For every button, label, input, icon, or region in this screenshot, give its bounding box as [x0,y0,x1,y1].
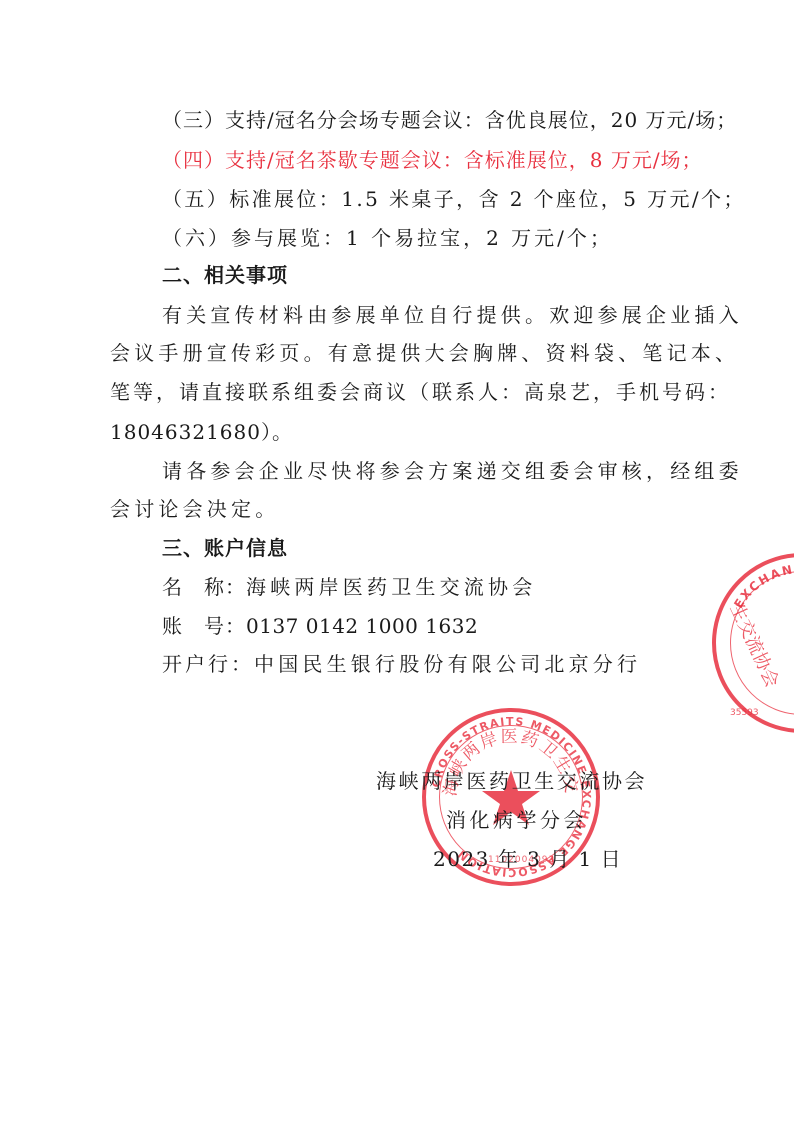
account-name-value: 海峡两岸医药卫生交流协会 [246,575,536,599]
account-number-row: 账 号：0137 0142 1000 1632 [162,614,478,638]
paragraph-line: 请各参会企业尽快将参会方案递交组委会审核，经组委 [162,459,743,483]
bank-row: 开户行：中国民生银行股份有限公司北京分行 [162,652,641,676]
signature-organization: 海峡两岸医药卫生交流协会 [376,769,647,793]
edge-seal-text-icon: EXCHANGE ASSOCIATION 生交流协会 35593 [716,557,794,729]
bank-label: 开户行： [162,652,254,676]
fee-item-5: （五）标准展位：1.5 米桌子，含 2 个座位，5 万元/个； [162,187,746,211]
svg-text:35593: 35593 [730,708,759,718]
fee-item-3: （三）支持/冠名分会场专题会议：含优良展位，20 万元/场； [162,108,737,132]
account-number-label: 账 号： [162,614,246,638]
paragraph-line: 会讨论会决定。 [110,497,279,521]
section-heading-related-matters: 二、相关事项 [162,263,288,287]
signature-branch: 消化病学分会 [446,808,587,832]
signature-date: 2023 年 3 月 1 日 [433,847,622,871]
paragraph-line: 笔等，请直接联系组委会商议（联系人：高泉艺，手机号码： [110,380,731,404]
fee-item-4-highlighted: （四）支持/冠名茶歇专题会议：含标准展位，8 万元/场； [162,148,703,172]
account-number-value: 0137 0142 1000 1632 [246,614,478,638]
bank-value: 中国民生银行股份有限公司北京分行 [254,652,641,676]
svg-text:生交流协会: 生交流协会 [725,600,782,690]
edge-seal-stamp: EXCHANGE ASSOCIATION 生交流协会 35593 [712,553,794,733]
paragraph-line: 有关宣传材料由参展单位自行提供。欢迎参展企业插入 [162,303,743,327]
paragraph-line: 会议手册宣传彩页。有意提供大会胸牌、资料袋、笔记本、 [110,341,739,365]
paragraph-line: 18046321680）。 [110,420,293,444]
account-name-row: 名 称：海峡两岸医药卫生交流协会 [162,575,536,599]
account-name-label: 名 称： [162,575,246,599]
section-heading-account-info: 三、账户信息 [162,536,288,560]
fee-item-6: （六）参与展览：1 个易拉宝，2 万元/个； [162,226,613,250]
